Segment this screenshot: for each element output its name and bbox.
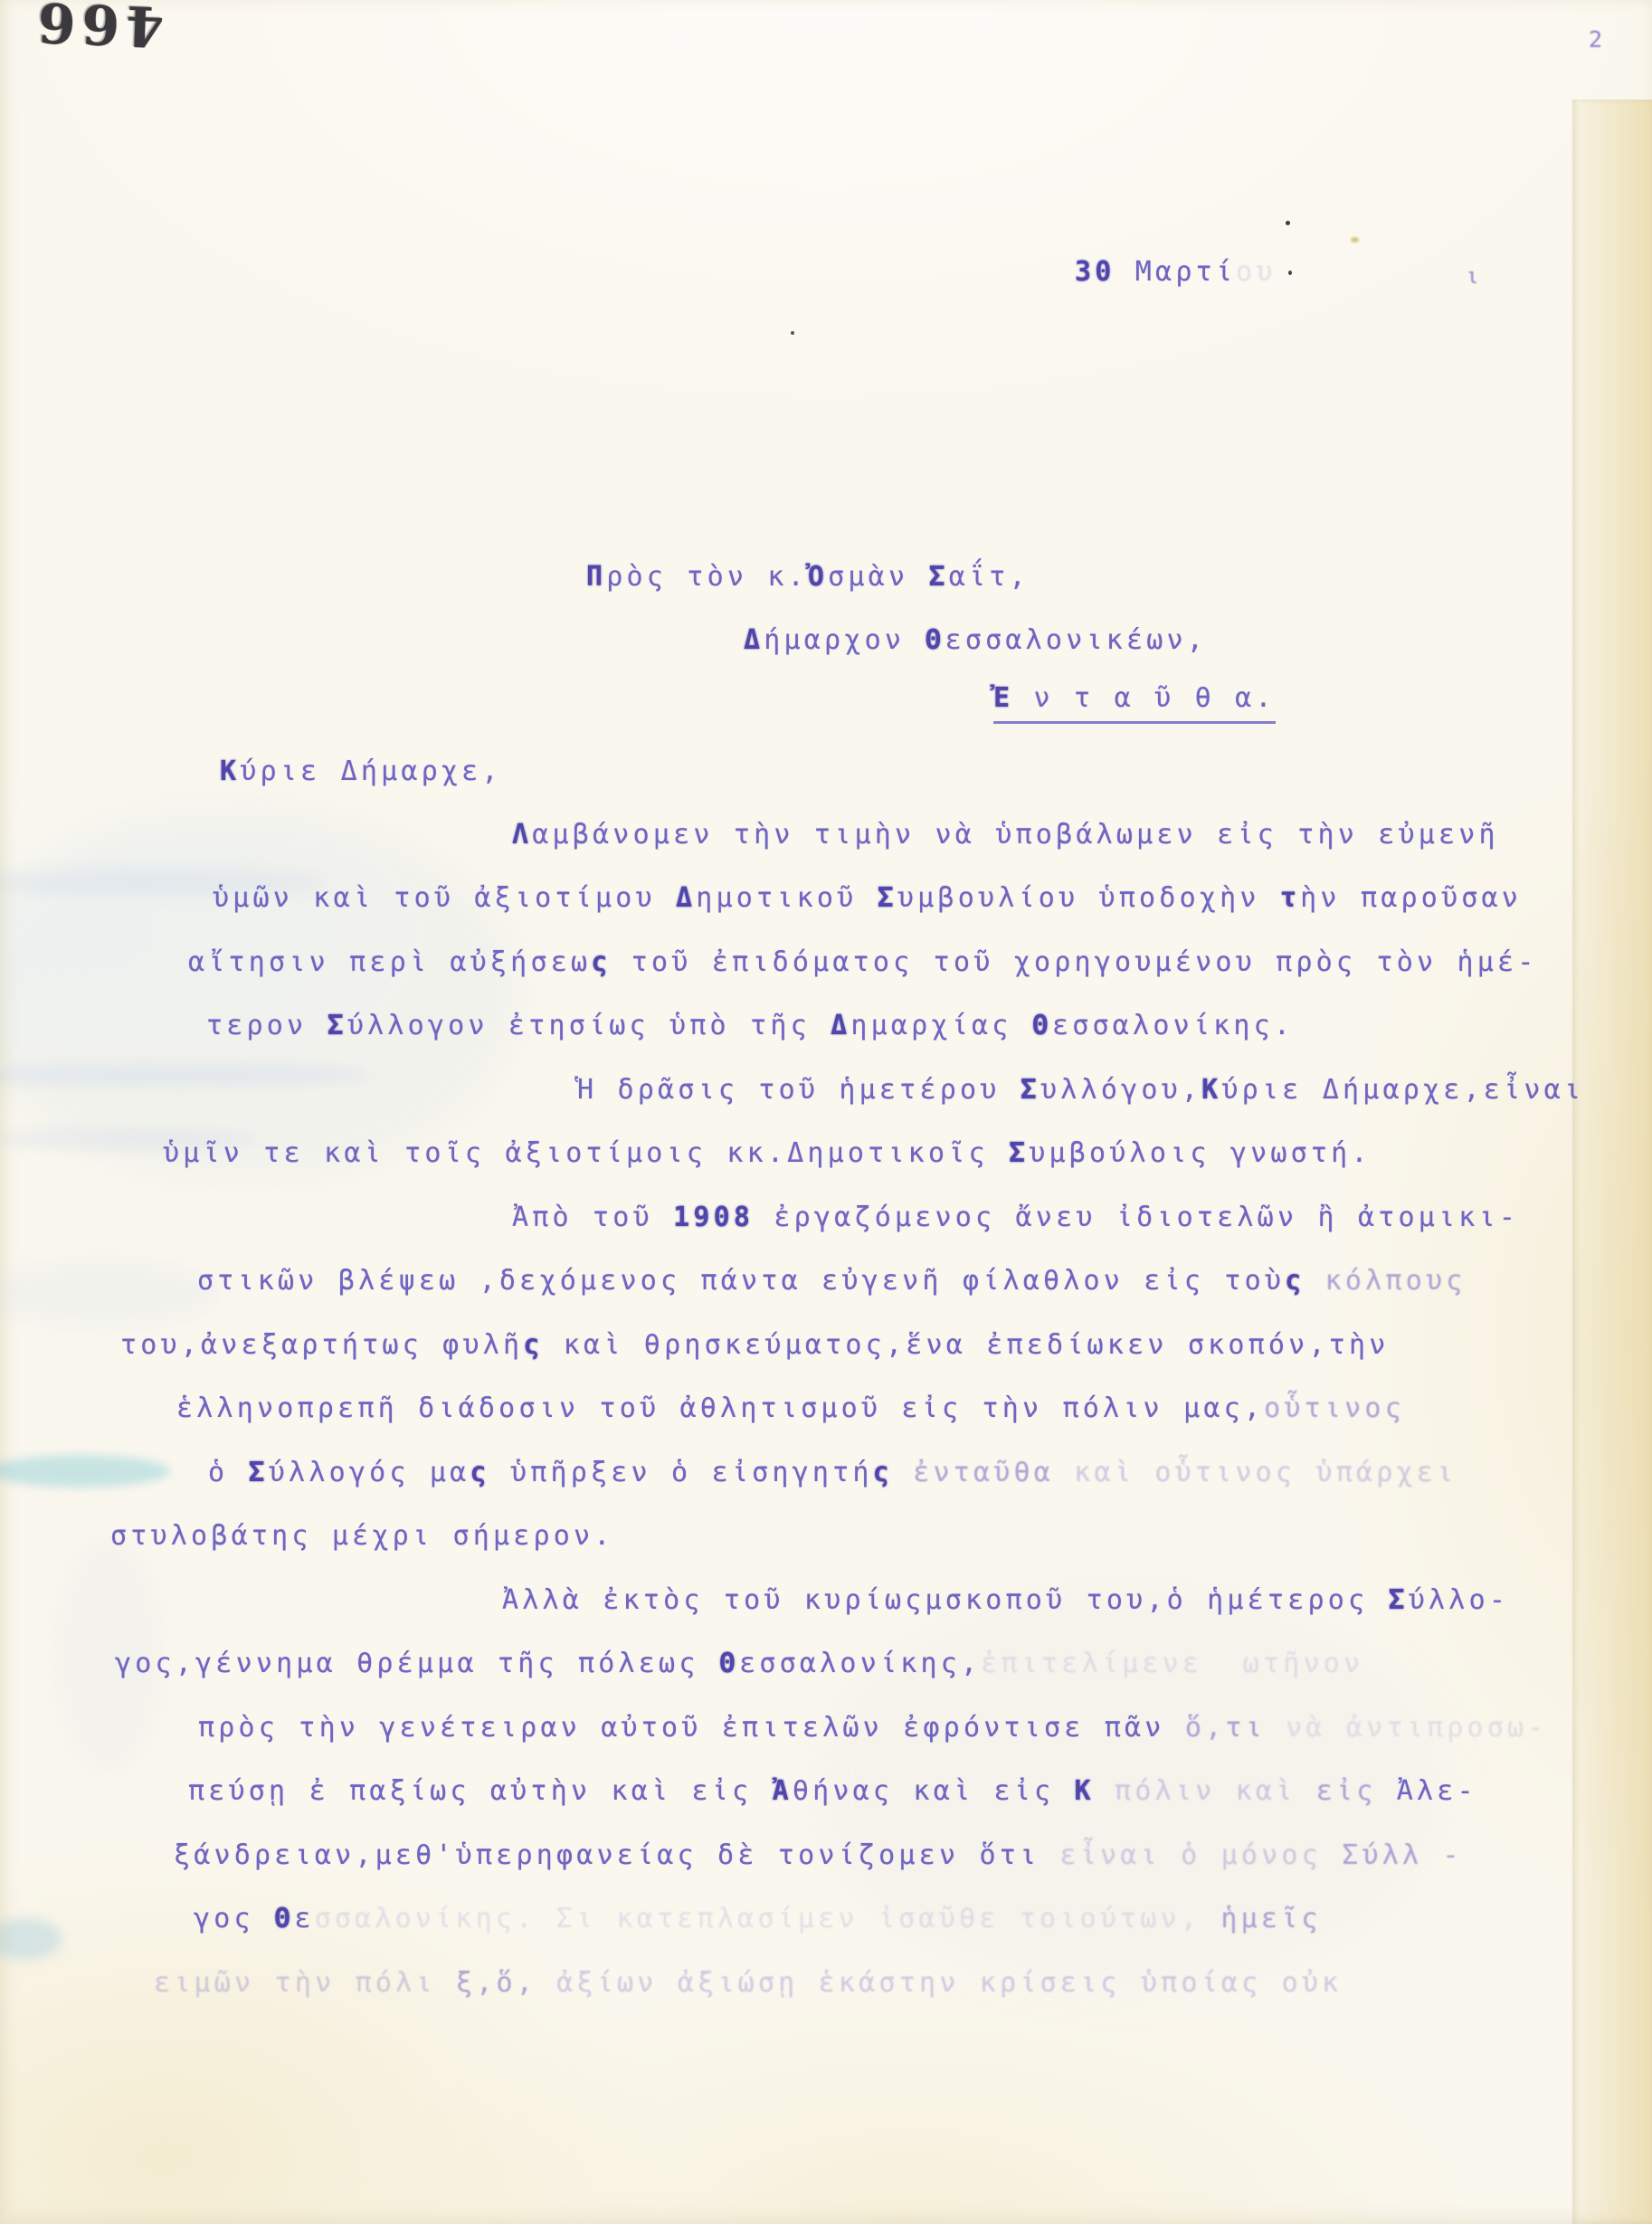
- typed-line: Λαμβάνομεν τὴν τιμὴν νὰ ὑποβάλωμεν εἰς τ…: [512, 817, 1499, 853]
- typed-segment: Ἐ: [993, 682, 1013, 714]
- typed-segment: ρὸς τὸν κ.: [606, 561, 808, 593]
- typed-segment: Ἀλε-: [1397, 1775, 1477, 1807]
- typed-segment: ειμῶν τὴν πόλι: [154, 1967, 456, 1999]
- typed-segment: καὶ θρησκεύματος,ἕνα ἐπεδίωκεν σκοπόν,τὴ…: [544, 1329, 1390, 1361]
- typed-segment: ς: [1285, 1265, 1305, 1297]
- typed-segment: ύριε Δήμαρχε,εἶναι: [1221, 1074, 1584, 1106]
- typed-segment: ἐπιτελίμενε ωτῆνον: [981, 1648, 1363, 1679]
- dust-speck: [1351, 237, 1359, 242]
- typed-segment: ξ,ὅ,: [456, 1967, 536, 1999]
- typed-segment: ἐργαζόμενος ἄνευ ἰδιοτελῶν ἢ ἀτομικι-: [754, 1202, 1519, 1233]
- typed-segment: ύλλογός μα: [269, 1457, 470, 1488]
- typed-segment: υμβουλίου ὑποδοχὴν: [897, 882, 1280, 914]
- typed-segment: ὑμῶν καὶ τοῦ ἀξιοτίμου: [213, 882, 676, 914]
- typed-segment: εἰς: [1316, 1775, 1397, 1807]
- typed-segment: ς: [470, 1457, 489, 1488]
- typed-segment: τ: [1280, 882, 1300, 914]
- typed-segment: γος,γέννημα θρέμμα τῆς πόλεως: [115, 1648, 719, 1679]
- typed-segment: Σ: [1009, 1137, 1029, 1169]
- typed-line: Ἀπὸ τοῦ 1908 ἐργαζόμενος ἄνευ ἰδιοτελῶν …: [512, 1200, 1519, 1236]
- typed-segment: ς: [591, 946, 611, 978]
- dust-speck: [1286, 221, 1290, 225]
- bleed-smudge: [0, 805, 525, 1185]
- typed-line: ὁ Σύλλογός μας ὑπῆρξεν ὁ εἰσηγητής ἐνταῦ…: [208, 1455, 1457, 1491]
- typed-segment: υλλόγου,: [1040, 1074, 1201, 1106]
- typed-line: Ἀλλὰ ἐκτὸς τοῦ κυρίωςμσκοποῦ του,ὁ ἡμέτε…: [502, 1582, 1509, 1619]
- typed-segment: πεύσῃ ἐ παξίως αὐτὴν καὶ εἰς: [188, 1775, 773, 1807]
- typed-segment: Ἀλλὰ ἐκτὸς τοῦ κυρίωςμσκοποῦ του,ὁ ἡμέτε…: [502, 1584, 1389, 1616]
- typed-segment: κόλπους: [1305, 1265, 1466, 1297]
- typed-segment: Ἡ δρᾶσις τοῦ ἡμετέρου: [577, 1074, 1021, 1106]
- typed-segment: τερον: [206, 1010, 328, 1041]
- bleed-smudge: [0, 1455, 170, 1487]
- typed-segment: Ἀ: [773, 1775, 793, 1807]
- typed-segment: ς: [873, 1457, 893, 1488]
- typed-segment: Κ: [1201, 1074, 1221, 1106]
- dust-speck: [791, 331, 794, 335]
- typed-segment: Σύλλ -: [1342, 1839, 1463, 1871]
- dust-speck: [1288, 271, 1292, 275]
- typed-segment: ήμαρχον: [764, 624, 925, 656]
- typed-segment: Κ: [220, 756, 240, 787]
- corner-page-mark: 2: [1589, 22, 1606, 58]
- typed-segment: Ἀπὸ τοῦ: [512, 1202, 673, 1233]
- page-number-stamp: 466: [30, 0, 166, 55]
- typed-line: στικῶν βλέψεω ,δεχόμενος πάντα εὐγενῆ φί…: [197, 1263, 1466, 1299]
- typed-line: γος,γέννημα θρέμμα τῆς πόλεως Θεσσαλονίκ…: [115, 1646, 1363, 1682]
- scanned-letter-page: 466 2 ι 30 Μαρτίου Πρὸς τὸν κ.Ὀσμὰν Σαΐτ…: [0, 0, 1652, 2224]
- typed-segment: ύλλογον ἐτησίως ὑπὸ τῆς: [347, 1010, 831, 1041]
- typed-segment: 30: [1075, 256, 1135, 288]
- typed-segment: Μαρτί: [1135, 256, 1236, 288]
- typed-segment: πόλιν καὶ: [1095, 1775, 1316, 1807]
- recipient-line-3: Ἐ ν τ α ῦ θ α.: [993, 680, 1276, 724]
- typed-segment: καὶ οὗτινος ὑπάρχει: [1074, 1457, 1457, 1488]
- typed-line: του,ἀνεξαρτήτως φυλῆς καὶ θρησκεύματος,ἕ…: [120, 1327, 1389, 1364]
- typed-segment: ὴν παροῦσαν: [1300, 882, 1522, 914]
- typed-segment: Σ: [928, 561, 948, 593]
- typed-segment: υμβούλοις γνωστή.: [1029, 1137, 1371, 1169]
- typed-line: ὑμῖν τε καὶ τοῖς ἀξιοτίμοις κκ.Δημοτικοῖ…: [163, 1136, 1372, 1172]
- typed-line: αἴτησιν περὶ αὐξήσεως τοῦ ἐπιδόματος τοῦ…: [188, 945, 1538, 981]
- typed-line: ειμῶν τὴν πόλι ξ,ὅ, ἀξίων ἀξιώσῃ ἑκάστην…: [154, 1965, 1342, 2001]
- recipient-line-2: Δήμαρχον Θεσσαλονικέων,: [744, 623, 1207, 659]
- typed-segment: εσσαλονικέων,: [945, 624, 1207, 656]
- bleed-smudge: [0, 1063, 371, 1087]
- typed-line: Ἡ δρᾶσις τοῦ ἡμετέρου Συλλόγου,Κύριε Δήμ…: [577, 1072, 1584, 1108]
- margin-mark: ι: [1466, 258, 1483, 294]
- typed-segment: ἐνταῦθα: [893, 1457, 1074, 1488]
- typed-segment: θήνας καὶ εἰς: [793, 1775, 1075, 1807]
- typed-segment: ὑπῆρξεν ὁ εἰσηγητή: [490, 1457, 873, 1488]
- typed-segment: ἀξίων ἀξιώσῃ ἑκάστην κρίσεις ὑποίας οὐκ: [536, 1967, 1342, 1999]
- typed-segment: εσσαλονίκης,: [739, 1648, 981, 1679]
- typed-line: πεύσῃ ἐ παξίως αὐτὴν καὶ εἰς Ἀθήνας καὶ …: [188, 1773, 1477, 1810]
- typed-segment: Σ: [878, 882, 897, 914]
- typed-segment: ημοτικοῦ: [696, 882, 877, 914]
- typed-segment: εσσαλονίκης.: [1052, 1010, 1294, 1041]
- typed-segment: ὅ,τι: [1165, 1712, 1266, 1744]
- bleed-smudge: [0, 1258, 222, 1330]
- typed-segment: νὰ ἀντιπροσω-: [1266, 1712, 1548, 1744]
- typed-segment: στυλοβάτης μέχρι σήμερον.: [110, 1520, 614, 1552]
- typed-segment: ἡμεῖς: [1201, 1903, 1322, 1934]
- typed-segment: ν τ α ῦ θ α.: [1013, 682, 1275, 714]
- typed-segment: Σ: [249, 1457, 269, 1488]
- typed-segment: αΐτ,: [949, 561, 1030, 593]
- adjacent-page-edge: [1572, 100, 1652, 2224]
- typed-segment: τοῦ ἐπιδόματος τοῦ χορηγουμένου πρὸς τὸν…: [612, 946, 1538, 978]
- typed-segment: αἴτησιν περὶ αὐξήσεω: [188, 946, 591, 978]
- typed-line: τερον Σύλλογον ἐτησίως ὑπὸ τῆς Δημαρχίας…: [206, 1008, 1294, 1044]
- typed-segment: σμὰν: [828, 561, 928, 593]
- typed-segment: ξάνδρειαν,μεθ'ὑπερηφανείας δὲ τονίζομεν …: [174, 1839, 1040, 1871]
- typed-segment: του,ἀνεξαρτήτως φυλῆ: [120, 1329, 523, 1361]
- typed-segment: Θ: [719, 1648, 739, 1679]
- typed-segment: Σ: [328, 1010, 347, 1041]
- typed-segment: οὗτινος: [1264, 1392, 1405, 1424]
- typed-segment: Π: [586, 561, 606, 593]
- typed-segment: γος: [194, 1903, 274, 1934]
- typed-segment: Δ: [676, 882, 696, 914]
- typed-segment: σσαλονίκης. Σι κατεπλασίμεν ἰσαῦθε τοιού…: [315, 1903, 1201, 1934]
- typed-line: πρὸς τὴν γενέτειραν αὐτοῦ ἐπιτελῶν ἐφρόν…: [198, 1710, 1548, 1746]
- typed-segment: Ὀ: [808, 561, 828, 593]
- typed-segment: Λ: [512, 819, 532, 851]
- typed-line: στυλοβάτης μέχρι σήμερον.: [110, 1518, 614, 1554]
- typed-segment: εἶναι ὁ μόνος: [1040, 1839, 1342, 1871]
- typed-segment: στικῶν βλέψεω ,δεχόμενος πάντα εὐγενῆ φί…: [197, 1265, 1285, 1297]
- typed-segment: ύριε Δήμαρχε,: [240, 756, 501, 787]
- typed-segment: ἑλληνοπρεπῆ διάδοσιν τοῦ ἀθλητισμοῦ εἰς …: [176, 1392, 1264, 1424]
- typed-segment: Κ: [1075, 1775, 1095, 1807]
- typed-line: ὑμῶν καὶ τοῦ ἀξιοτίμου Δημοτικοῦ Συμβουλ…: [213, 880, 1522, 917]
- typed-segment: ημαρχίας: [850, 1010, 1031, 1041]
- typed-segment: ύλλο-: [1409, 1584, 1509, 1616]
- typed-segment: πρὸς τὴν γενέτειραν αὐτοῦ ἐπιτελῶν ἐφρόν…: [198, 1712, 1165, 1744]
- typed-segment: 1908: [673, 1202, 754, 1233]
- typed-segment: Σ: [1021, 1074, 1040, 1106]
- typed-segment: ὁ: [208, 1457, 249, 1488]
- typed-segment: Δ: [831, 1010, 850, 1041]
- typed-segment: ὑμῖν τε καὶ τοῖς ἀξιοτίμοις κκ.Δημοτικοῖ…: [163, 1137, 1009, 1169]
- typed-segment: ε: [294, 1903, 314, 1934]
- bleed-smudge: [0, 1918, 62, 1960]
- recipient-line-1: Πρὸς τὸν κ.Ὀσμὰν Σαΐτ,: [586, 559, 1030, 595]
- typed-segment: ς: [523, 1329, 543, 1361]
- typed-segment: Θ: [925, 624, 945, 656]
- typed-segment: Σ: [1389, 1584, 1409, 1616]
- salutation-line: Κύριε Δήμαρχε,: [220, 754, 502, 790]
- typed-line: ξάνδρειαν,μεθ'ὑπερηφανείας δὲ τονίζομεν …: [174, 1838, 1463, 1874]
- typed-segment: Δ: [744, 624, 764, 656]
- typed-segment: Θ: [274, 1903, 294, 1934]
- typed-line: ἑλληνοπρεπῆ διάδοσιν τοῦ ἀθλητισμοῦ εἰς …: [176, 1391, 1405, 1427]
- date-line: 30 Μαρτίου: [1075, 254, 1277, 290]
- typed-segment: Θ: [1032, 1010, 1052, 1041]
- typed-segment: ου: [1236, 256, 1277, 288]
- typed-segment: αμβάνομεν τὴν τιμὴν νὰ ὑποβάλωμεν εἰς τὴ…: [532, 819, 1499, 851]
- typed-line: γος Θεσσαλονίκης. Σι κατεπλασίμεν ἰσαῦθε…: [194, 1901, 1322, 1937]
